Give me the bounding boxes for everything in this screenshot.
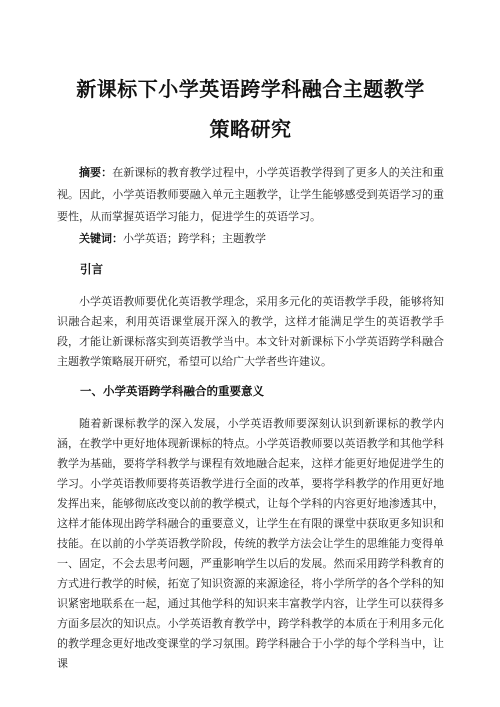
introduction-paragraph: 小学英语教师要优化英语教学理念，采用多元化的英语教学手段，能够将知识融合起来，利… [57, 292, 444, 372]
abstract-text: 在新课标的教育教学过程中，小学英语教学得到了更多人的关注和重视。因此，小学英语教… [57, 167, 444, 223]
keywords-label: 关键词： [79, 233, 123, 245]
section-heading-significance: 一、小学英语跨学科融合的重要意义 [57, 382, 444, 402]
keywords-paragraph: 关键词：小学英语；跨学科；主题教学 [57, 228, 444, 250]
abstract-label: 摘要： [79, 167, 112, 179]
abstract-paragraph: 摘要：在新课标的教育教学过程中，小学英语教学得到了更多人的关注和重视。因此，小学… [57, 162, 444, 228]
paper-title: 新课标下小学英语跨学科融合主题教学策略研究 [72, 70, 430, 150]
section-heading-introduction: 引言 [57, 260, 444, 280]
significance-paragraph: 随着新课标教学的深入发展，小学英语教师要深刻认识到新课标的教学内涵，在教学中更好… [57, 414, 444, 674]
keywords-text: 小学英语；跨学科；主题教学 [123, 233, 266, 245]
document-page: 新课标下小学英语跨学科融合主题教学策略研究 摘要：在新课标的教育教学过程中，小学… [0, 0, 500, 707]
